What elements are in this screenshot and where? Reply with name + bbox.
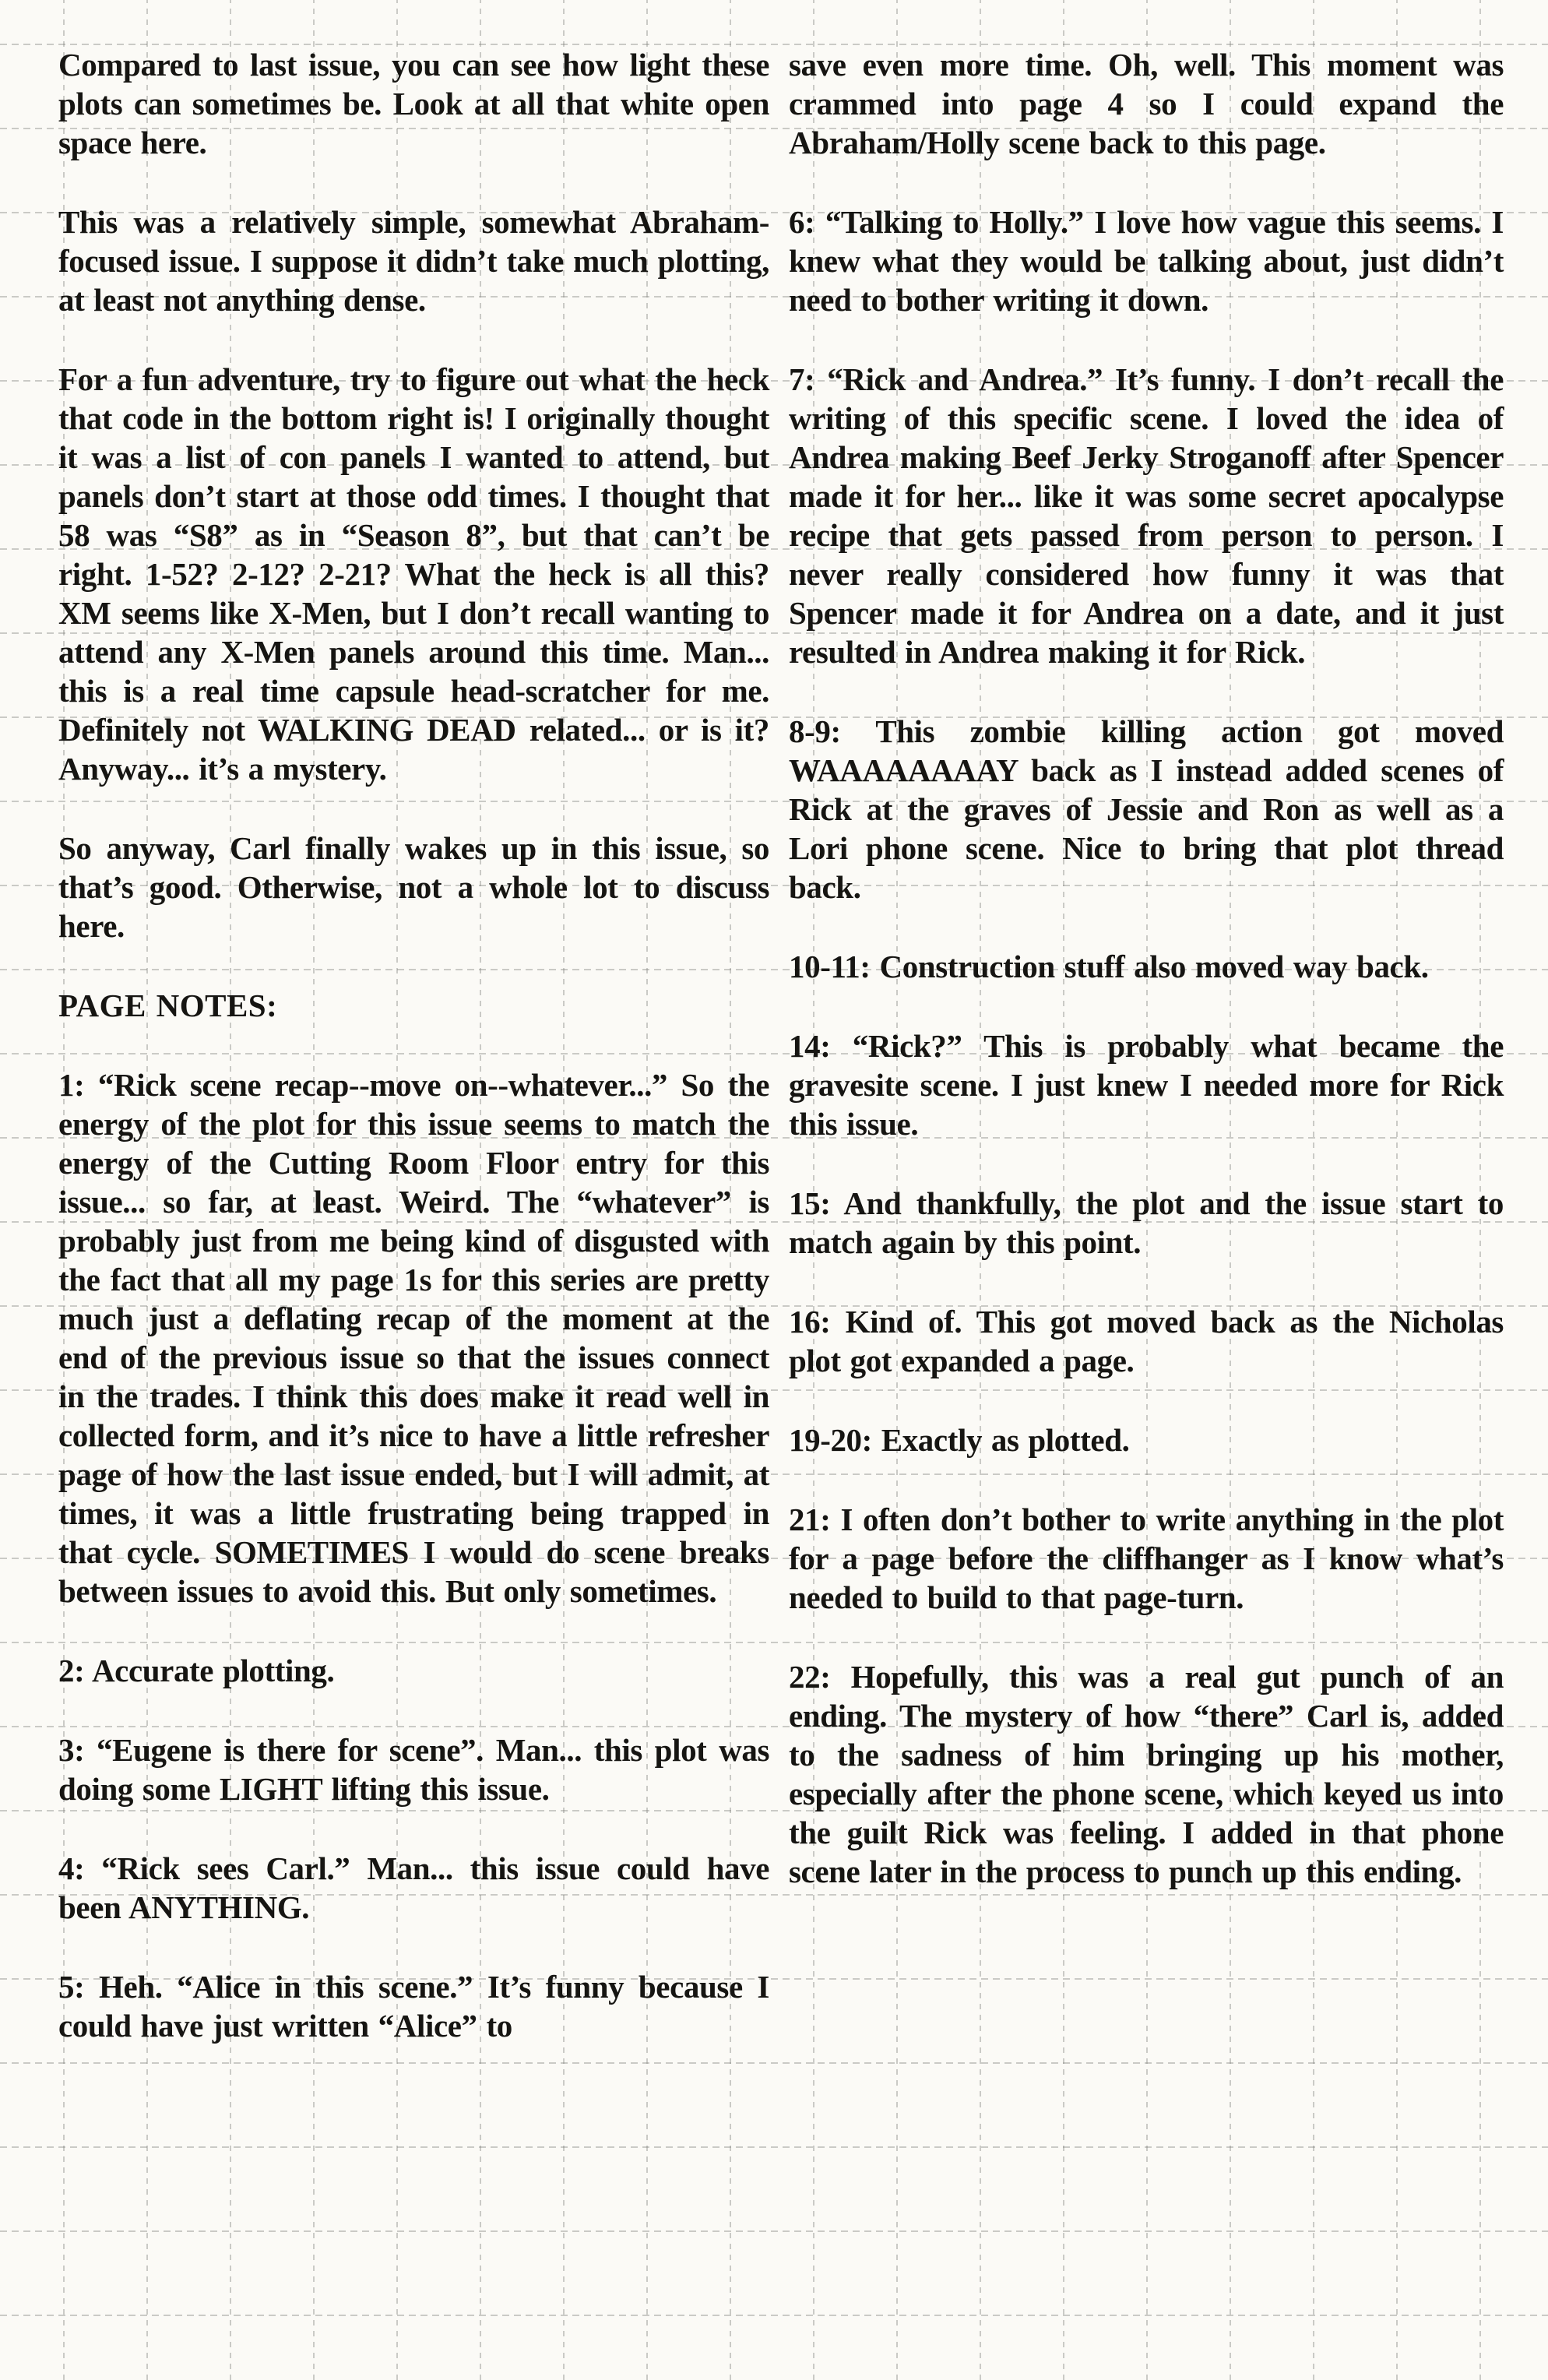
paragraph: 1: “Rick scene recap--move on--whatever.… [58,1065,769,1611]
paragraph: So anyway, Carl finally wakes up in this… [58,829,769,945]
paragraph: 21: I often don’t bother to write anythi… [789,1500,1504,1617]
paragraph: 8-9: This zombie killing action got move… [789,712,1504,907]
paragraph: 10-11: Construction stuff also moved way… [789,947,1504,986]
left-column: Compared to last issue, you can see how … [58,45,769,2086]
paragraph: 4: “Rick sees Carl.” Man... this issue c… [58,1849,769,1927]
scanned-notes-page: { "colors": { "paper": "#fbfaf6", "ink":… [0,0,1548,2380]
paragraph: 15: And thankfully, the plot and the iss… [789,1184,1504,1262]
paragraph: 22: Hopefully, this was a real gut punch… [789,1657,1504,1891]
paragraph: 19-20: Exactly as plotted. [789,1421,1504,1459]
paragraph: This was a relatively simple, somewhat A… [58,202,769,319]
paragraph: 5: Heh. “Alice in this scene.” It’s funn… [58,1967,769,2045]
paragraph: 6: “Talking to Holly.” I love how vague … [789,202,1504,319]
paragraph: 16: Kind of. This got moved back as the … [789,1302,1504,1380]
paragraph: 14: “Rick?” This is probably what became… [789,1026,1504,1143]
paragraph: 7: “Rick and Andrea.” It’s funny. I don’… [789,360,1504,671]
paragraph: Compared to last issue, you can see how … [58,45,769,162]
page-notes-heading: PAGE NOTES: [58,986,769,1025]
paragraph: 2: Accurate plotting. [58,1651,769,1690]
paragraph: For a fun adventure, try to figure out w… [58,360,769,788]
right-column: save even more time. Oh, well. This mome… [789,45,1504,1931]
paragraph: save even more time. Oh, well. This mome… [789,45,1504,162]
paragraph: 3: “Eugene is there for scene”. Man... t… [58,1730,769,1808]
